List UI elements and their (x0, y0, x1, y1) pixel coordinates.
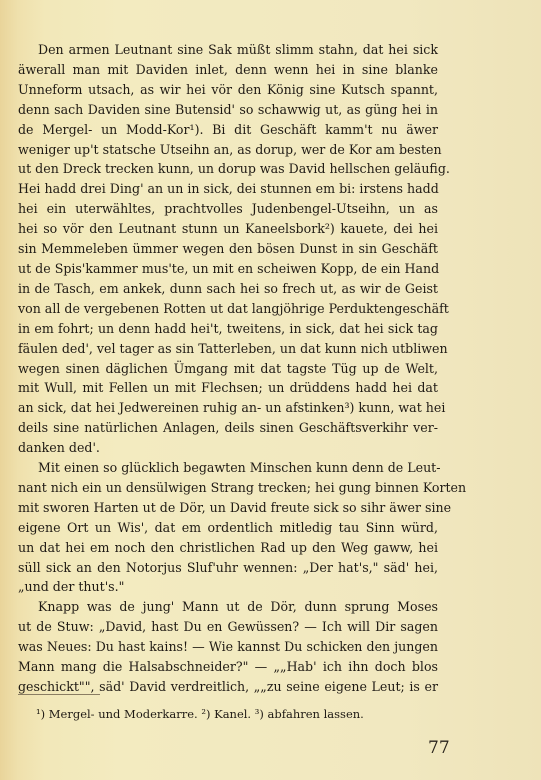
paragraph-1: Den armen Leutnant sine Sak müßt slimm s… (18, 40, 438, 458)
text-line: äwerall man mit Daviden inlet, denn wenn… (18, 60, 438, 80)
text-line: hei ein uterwähltes, prachtvolles Judenb… (18, 199, 438, 219)
page-number: 77 (428, 738, 450, 758)
text-line: „und der thut's." (18, 577, 438, 597)
footnotes: ¹) Mergel- und Moderkarre. ²) Kanel. ³) … (36, 707, 364, 721)
text-line: weniger up't statsche Utseihn an, as dor… (18, 140, 438, 160)
text-line: Mit einen so glücklich begawten Minschen… (18, 458, 438, 478)
text-line: mit sworen Harten ut de Dör, un David fr… (18, 498, 438, 518)
text-line: Knapp was de jung' Mann ut de Dör, dunn … (18, 597, 438, 617)
text-line: hei so vör den Leutnant stunn un Kaneels… (18, 219, 438, 239)
text-line: Hei hadd drei Ding' an un in sick, dei s… (18, 179, 438, 199)
text-line: ut de Stuw: „David, hast Du en Gewüssen?… (18, 617, 438, 637)
text-line: de Mergel- un Modd-Kor¹). Bi dit Geschäf… (18, 120, 438, 140)
text-line: in em fohrt; un denn hadd hei't, tweiten… (18, 319, 438, 339)
text-line: Unneform utsach, as wir hei vör den Köni… (18, 80, 438, 100)
text-line: un dat hei em noch den christlichen Rad … (18, 538, 438, 558)
text-line: denn sach Daviden sine Butensid' so scha… (18, 100, 438, 120)
text-line: süll sick an den Notorjus Sluf'uhr wenne… (18, 558, 438, 578)
text-line: deils sine natürlichen Anlagen, deils si… (18, 418, 438, 438)
text-line: wegen sinen däglichen Ümgang mit dat tag… (18, 359, 438, 379)
text-line: ut den Dreck trecken kunn, un dorup was … (18, 159, 438, 179)
page-body: Den armen Leutnant sine Sak müßt slimm s… (18, 40, 438, 697)
text-line: ut de Spis'kammer mus'te, un mit en sche… (18, 259, 438, 279)
text-line: in de Tasch, em ankek, dunn sach hei so … (18, 279, 438, 299)
text-line: eigene Ort un Wis', dat em ordentlich mi… (18, 518, 438, 538)
text-line: fäulen ded', vel tager as sin Tatterlebe… (18, 339, 438, 359)
text-line: Den armen Leutnant sine Sak müßt slimm s… (18, 40, 438, 60)
text-line: nant nich ein un densülwigen Strang trec… (18, 478, 438, 498)
text-line: Mann mang die Halsabschneider?" — „„Hab'… (18, 657, 438, 677)
paragraph-3: Knapp was de jung' Mann ut de Dör, dunn … (18, 597, 438, 697)
text-line: was Neues: Du hast kains! — Wie kannst D… (18, 637, 438, 657)
text-line: an sick, dat hei Jedwereinen ruhig an- u… (18, 398, 438, 418)
text-line: mit Wull, mit Fellen un mit Flechsen; un… (18, 378, 438, 398)
text-line: danken ded'. (18, 438, 438, 458)
text-line: sin Memmeleben ümmer wegen den bösen Dun… (18, 239, 438, 259)
paragraph-2: Mit einen so glücklich begawten Minschen… (18, 458, 438, 597)
footnote-divider (18, 694, 100, 695)
text-line: von all de vergebenen Rotten ut dat lang… (18, 299, 438, 319)
